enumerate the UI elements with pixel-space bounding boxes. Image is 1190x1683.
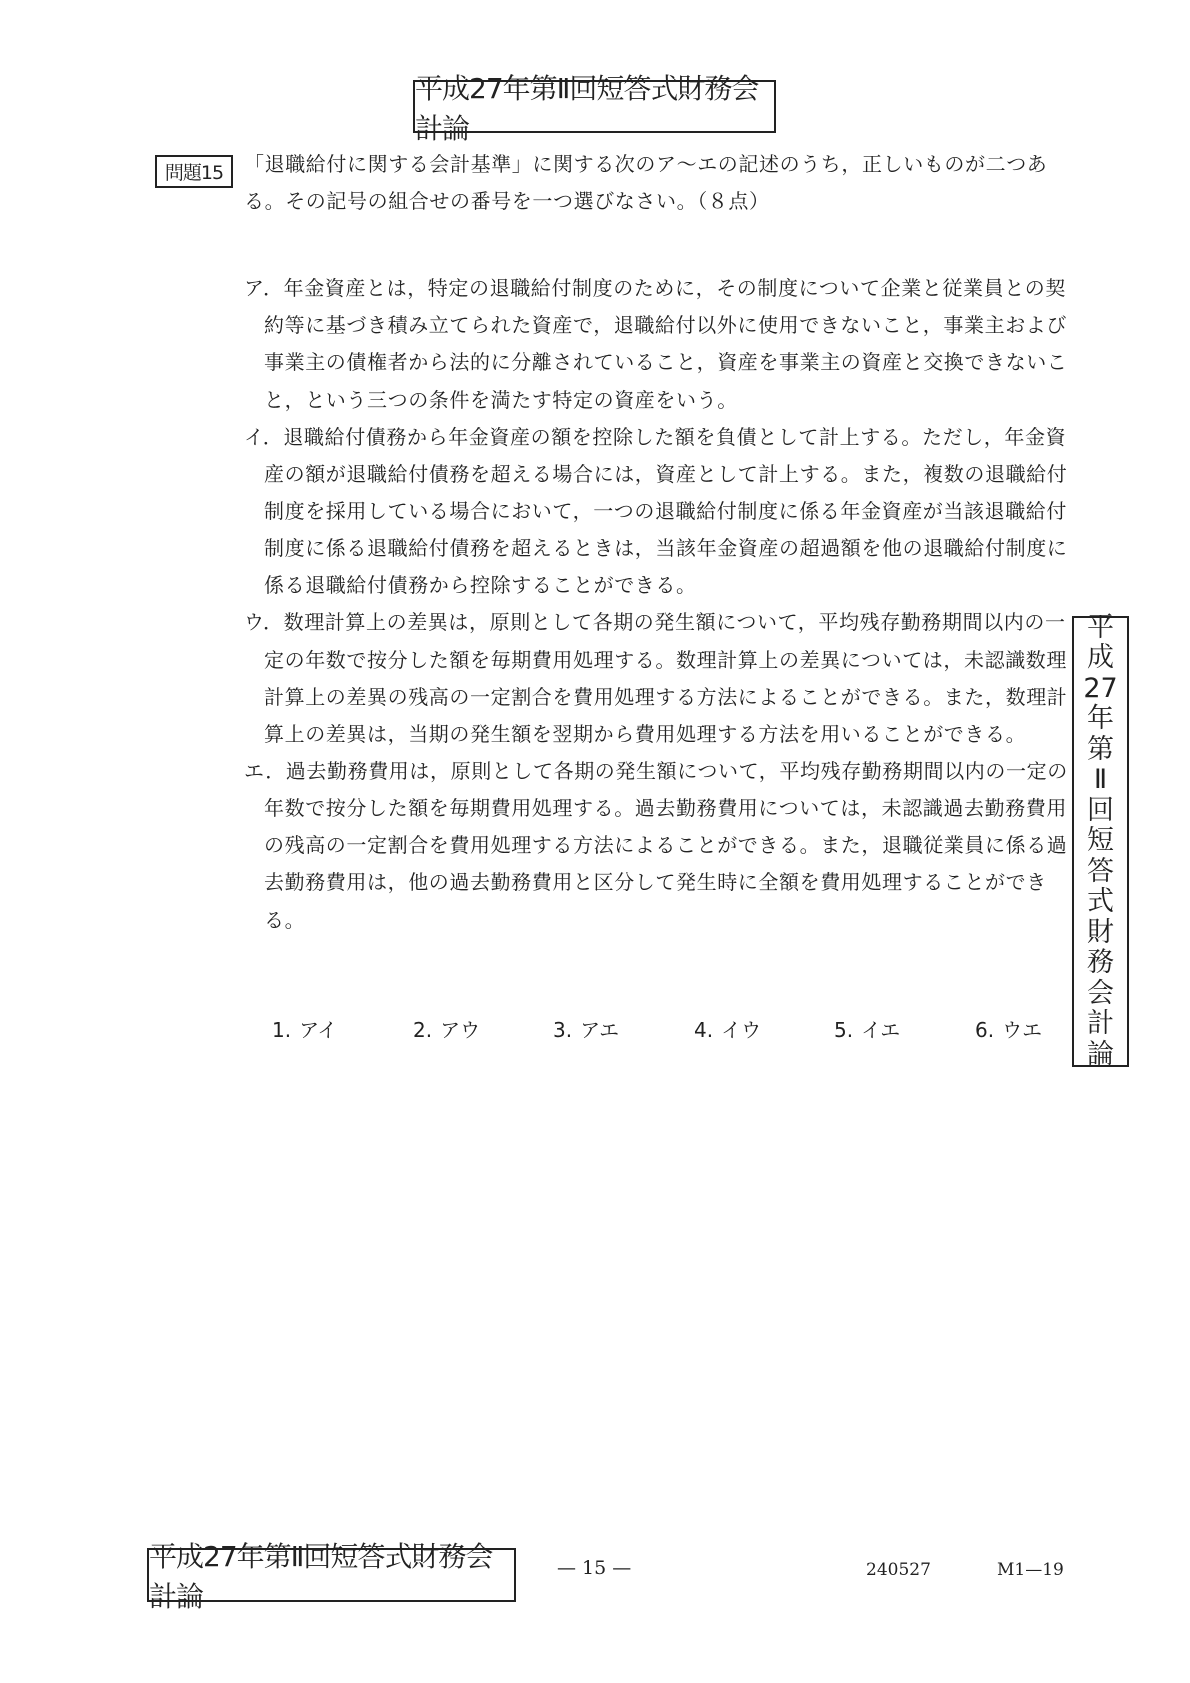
statement-a-line-3: 事業主の債権者から法的に分離されていること，資産を事業主の資産と交換できないこ [264, 350, 1067, 374]
side-title-char: 計 [1087, 1009, 1114, 1040]
option-combo: アウ [440, 1018, 480, 1042]
statement-u-line-4: 算上の差異は，当期の発生額を翌期から費用処理する方法を用いることができる。 [264, 722, 1026, 746]
side-title-char: 第 [1087, 735, 1114, 766]
statement-i-line-1: イ．退職給付債務から年金資産の額を控除した額を負債として計上する。ただし，年金資 [244, 425, 1066, 449]
side-title-char: Ⅱ [1094, 765, 1107, 796]
option-number: 4. [694, 1018, 713, 1042]
statement-u-line-2: 定の年数で按分した額を毎期費用処理する。数理計算上の差異については，未認識数理 [264, 648, 1067, 672]
statement-e-line-4: 去勤務費用は，他の過去勤務費用と区分して発生時に全額を費用処理することができ [264, 870, 1047, 894]
statement-a-line-1: ア．年金資産とは，特定の退職給付制度のために，その制度について企業と従業員との契 [244, 276, 1066, 300]
option-number: 2. [413, 1018, 432, 1042]
statement-e-line-5: る。 [264, 908, 305, 932]
side-title-char: 年 [1087, 704, 1114, 735]
option-number: 6. [975, 1018, 994, 1042]
statement-e-line-2: 年数で按分した額を毎期費用処理する。過去勤務費用については，未認識過去勤務費用 [264, 796, 1067, 820]
page-reference: M1—19 [997, 1560, 1064, 1580]
footer-title: 平成27年第Ⅱ回短答式財務会計論 [147, 1548, 516, 1602]
statement-u-line-1: ウ．数理計算上の差異は，原則として各期の発生額について，平均残存勤務期間以内の一 [244, 610, 1066, 634]
side-title-tab: 平 成 27 年 第 Ⅱ 回 短 答 式 財 務 会 計 論 [1072, 616, 1129, 1067]
answer-option-4[interactable]: 4.イウ [694, 1014, 761, 1043]
option-number: 3. [553, 1018, 572, 1042]
side-title-char: 財 [1087, 918, 1114, 949]
statement-u-line-3: 計算上の差異の残高の一定割合を費用処理する方法によることができる。また，数理計 [264, 685, 1067, 709]
answer-option-6[interactable]: 6.ウエ [975, 1014, 1042, 1043]
side-title-char: 回 [1087, 796, 1114, 827]
statement-i-line-2: 産の額が退職給付債務を超える場合には，資産として計上する。また，複数の退職給付 [264, 462, 1067, 486]
statement-a-line-4: と，という三つの条件を満たす特定の資産をいう。 [264, 388, 738, 412]
answer-option-2[interactable]: 2.アウ [413, 1014, 480, 1043]
page-title: 平成27年第Ⅱ回短答式財務会計論 [413, 80, 776, 133]
answer-option-3[interactable]: 3.アエ [553, 1014, 619, 1043]
statement-i-line-5: 係る退職給付債務から控除することができる。 [264, 573, 697, 597]
statement-i-line-4: 制度に係る退職給付債務を超えるときは，当該年金資産の超過額を他の退職給付制度に [264, 536, 1067, 560]
side-title-char: 成 [1087, 643, 1114, 674]
option-combo: アイ [299, 1018, 337, 1042]
option-combo: イウ [721, 1018, 761, 1042]
option-number: 1. [272, 1018, 291, 1042]
statement-e-line-1: エ．過去勤務費用は，原則として各期の発生額について，平均残存勤務期間以内の一定の [244, 759, 1068, 783]
exam-code: 240527 [866, 1560, 931, 1580]
answer-option-1[interactable]: 1.アイ [272, 1014, 337, 1043]
question-number: 問題15 [155, 155, 233, 188]
side-title-char: 27 [1083, 674, 1117, 705]
side-title-char: 平 [1087, 613, 1114, 644]
option-combo: アエ [580, 1018, 619, 1042]
statement-a-line-2: 約等に基づき積み立てられた資産で，退職給付以外に使用できないこと，事業主および [264, 313, 1067, 337]
option-combo: ウエ [1002, 1018, 1042, 1042]
side-title-char: 論 [1087, 1040, 1114, 1071]
statement-e-line-3: の残高の一定割合を費用処理する方法によることができる。また，退職従業員に係る過 [264, 833, 1067, 857]
option-number: 5. [834, 1018, 853, 1042]
side-title-char: 答 [1087, 857, 1114, 888]
side-title-char: 会 [1087, 979, 1114, 1010]
side-title-char: 式 [1087, 887, 1114, 918]
side-title-char: 務 [1087, 948, 1114, 979]
page-number: — 15 — [557, 1557, 631, 1579]
question-prompt-line-1: 「退職給付に関する会計基準」に関する次のア～エの記述のうち，正しいものが二つあ [244, 152, 1047, 176]
statement-i-line-3: 制度を採用している場合において，一つの退職給付制度に係る年金資産が当該退職給付 [264, 499, 1067, 523]
side-title-char: 短 [1087, 826, 1114, 857]
option-combo: イエ [861, 1018, 900, 1042]
question-prompt-line-2: る。その記号の組合せの番号を一つ選びなさい。（８点） [244, 189, 770, 213]
answer-option-5[interactable]: 5.イエ [834, 1014, 900, 1043]
